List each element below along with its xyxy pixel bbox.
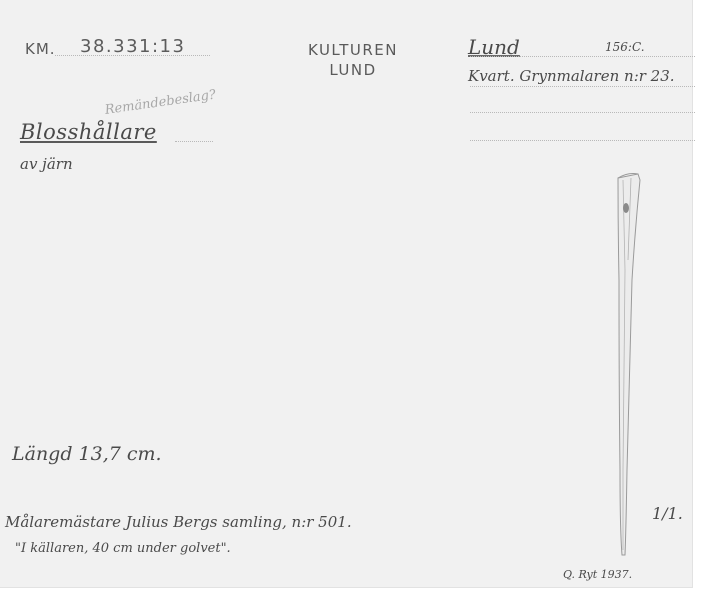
object-drawing	[605, 170, 655, 560]
provenance-collection: Målaremästare Julius Bergs samling, n:r …	[5, 513, 352, 531]
object-annotation: Remändebeslag?	[104, 88, 217, 118]
drawer-signature: Q. Ryt 1937.	[563, 568, 632, 581]
place-rule	[470, 56, 695, 57]
catalog-number: 38.331:13	[80, 36, 185, 57]
object-name: Blosshållare	[20, 120, 157, 144]
catalog-number-rule	[55, 55, 210, 56]
provenance-findspot: "I källaren, 40 cm under golvet".	[15, 541, 231, 556]
catalog-card: KM. 38.331:13 KULTUREN LUND Lund 156:C. …	[0, 0, 693, 588]
find-location: Kvart. Grynmalaren n:r 23.	[468, 67, 675, 85]
museum-name-line1: KULTUREN	[283, 40, 423, 60]
blank-rule-1	[470, 112, 695, 113]
blank-rule-2	[470, 140, 695, 141]
catalog-number-label: KM.	[25, 40, 56, 58]
object-name-rule	[175, 141, 213, 142]
museum-name: KULTUREN LUND	[283, 40, 423, 80]
object-length: Längd 13,7 cm.	[12, 443, 162, 465]
place-code: 156:C.	[605, 40, 645, 54]
drawing-scale: 1/1.	[652, 504, 683, 523]
museum-name-line2: LUND	[283, 60, 423, 80]
object-material: av järn	[20, 155, 73, 173]
location-rule	[470, 86, 695, 87]
